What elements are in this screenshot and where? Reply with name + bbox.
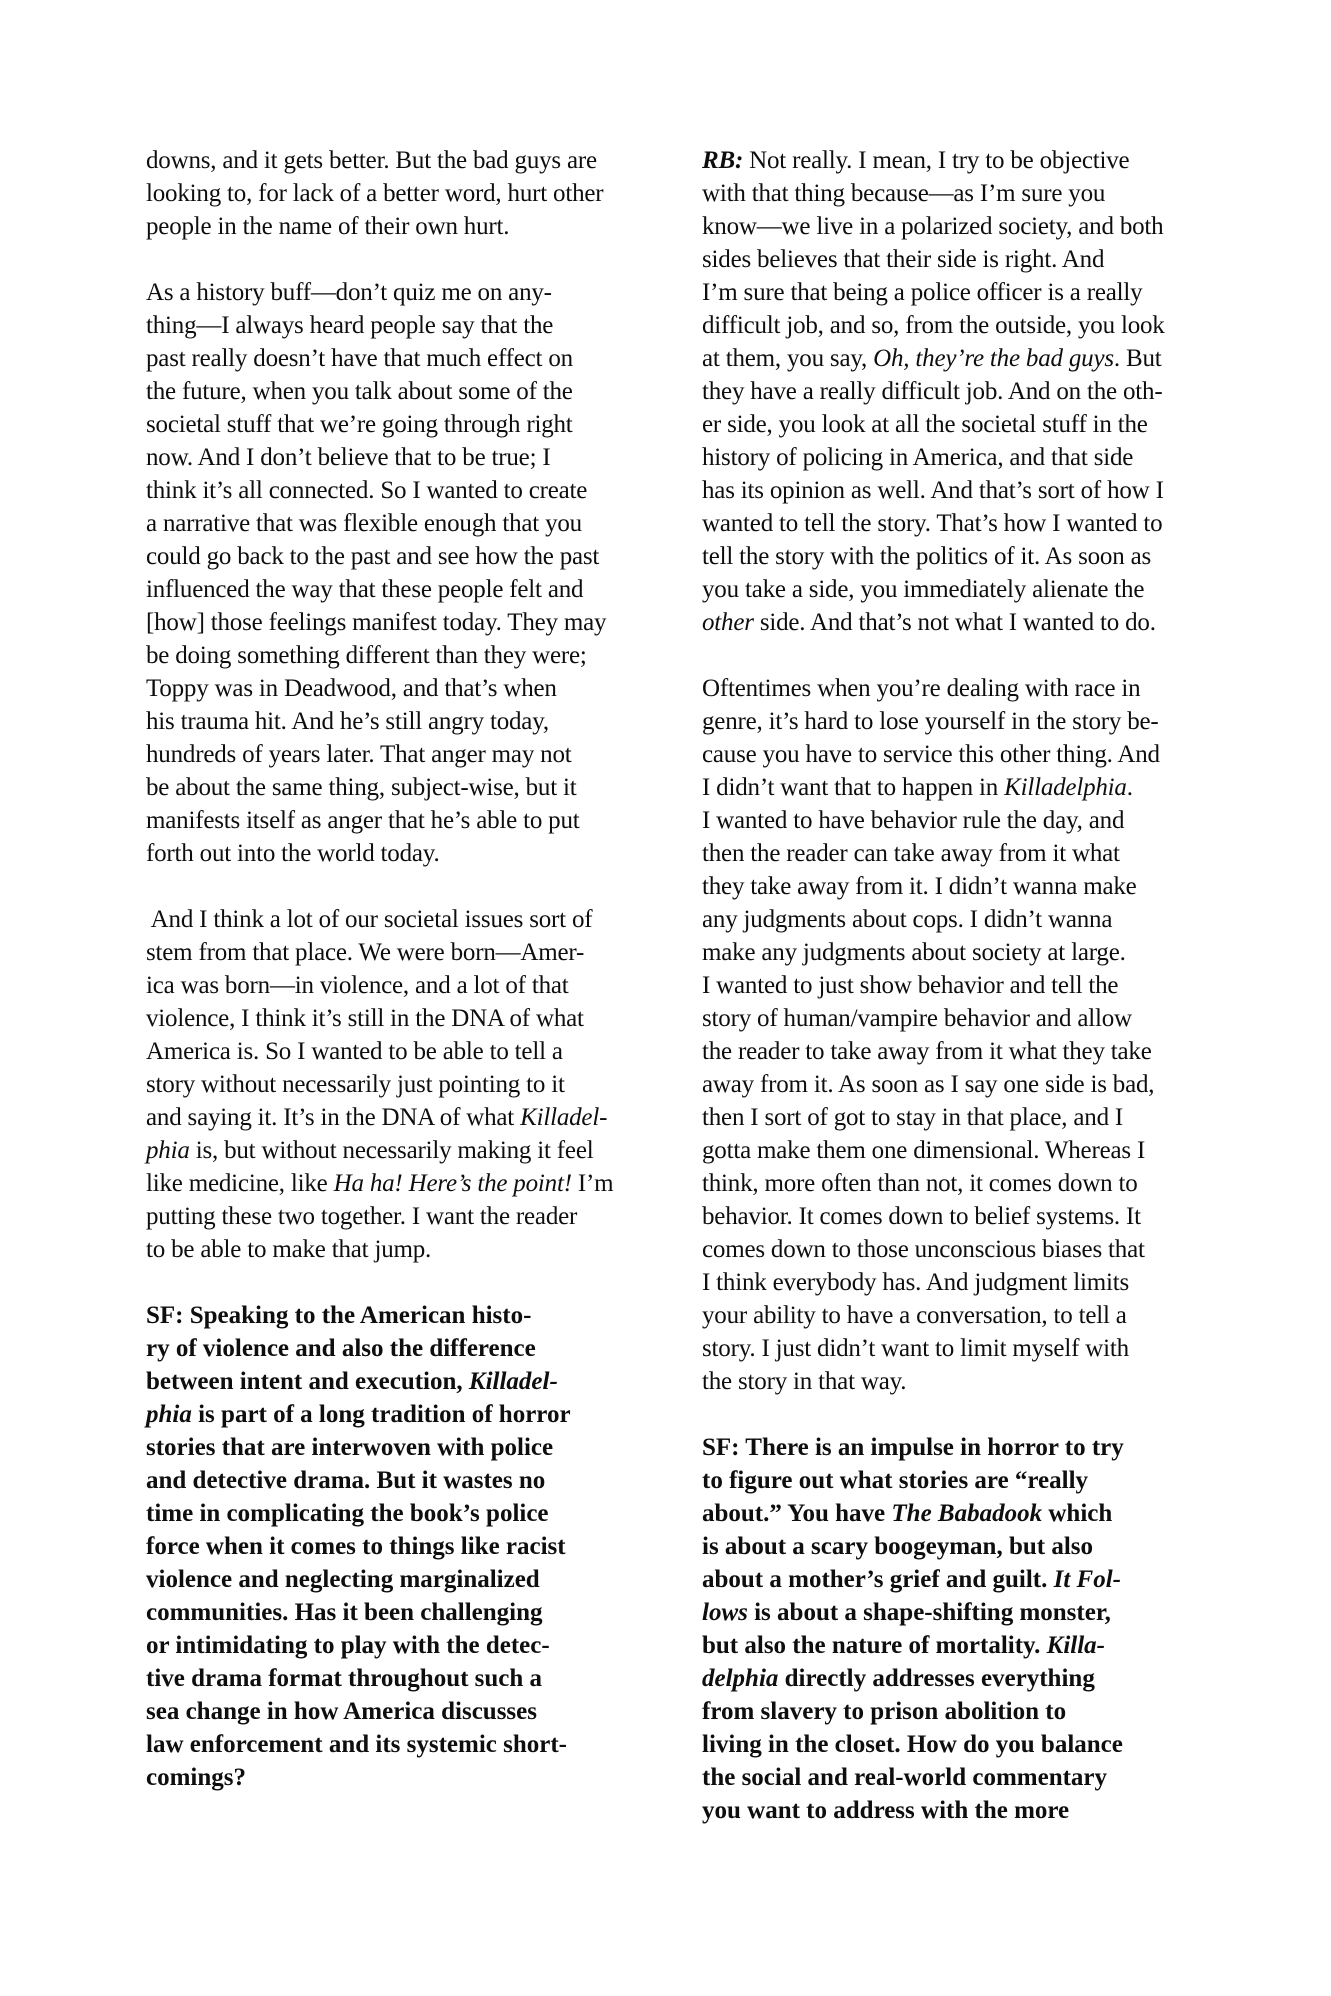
text-line: be about the same thing, subject-wise, b… <box>146 771 638 804</box>
text-line: time in complicating the book’s police <box>146 1497 638 1530</box>
text-run: Not really. I mean, I try to be objectiv… <box>743 147 1129 174</box>
text-run: to be able to make that jump. <box>146 1236 431 1263</box>
text-line: phia is part of a long tradition of horr… <box>146 1398 638 1431</box>
text-run: be about the same thing, subject-wise, b… <box>146 774 577 801</box>
text-run: and saying it. It’s in the DNA of what <box>146 1104 520 1131</box>
text-run: away from it. As soon as I say one side … <box>702 1071 1154 1098</box>
text-run: hundreds of years later. That anger may … <box>146 741 572 768</box>
text-line: has its opinion as well. And that’s sort… <box>702 474 1194 507</box>
text-line: er side, you look at all the societal st… <box>702 408 1194 441</box>
text-run: know—we live in a polarized society, and… <box>702 213 1163 240</box>
text-run: story of human/vampire behavior and allo… <box>702 1005 1132 1032</box>
text-run: I wanted to have behavior rule the day, … <box>702 807 1124 834</box>
text-run: delphia <box>702 1665 778 1692</box>
text-line: putting these two together. I want the r… <box>146 1200 638 1233</box>
text-run: I didn’t want that to happen in <box>702 774 1004 801</box>
text-run: past really doesn’t have that much effec… <box>146 345 573 372</box>
text-run: side. And that’s not what I wanted to do… <box>754 609 1156 636</box>
text-run: comings? <box>146 1764 246 1791</box>
text-run: people in the name of their own hurt. <box>146 213 509 240</box>
text-run: his trauma hit. And he’s still angry tod… <box>146 708 549 735</box>
text-run: could go back to the past and see how th… <box>146 543 599 570</box>
text-run: manifests itself as anger that he’s able… <box>146 807 580 834</box>
text-line: then I sort of got to stay in that place… <box>702 1101 1194 1134</box>
text-run: And I think a lot of our societal issues… <box>146 906 592 933</box>
text-line: past really doesn’t have that much effec… <box>146 342 638 375</box>
text-run: and detective drama. But it wastes no <box>146 1467 545 1494</box>
text-run: story. I just didn’t want to limit mysel… <box>702 1335 1129 1362</box>
text-run: history of policing in America, and that… <box>702 444 1133 471</box>
text-run: SF: Speaking to the American histo- <box>146 1302 531 1329</box>
text-run: SF: There is an impulse in horror to try <box>702 1434 1124 1461</box>
text-line: forth out into the world today. <box>146 837 638 870</box>
text-run: is about a scary boogeyman, but also <box>702 1533 1093 1560</box>
text-line: societal stuff that we’re going through … <box>146 408 638 441</box>
text-run: any judgments about cops. I didn’t wanna <box>702 906 1112 933</box>
text-run: Killa- <box>1047 1632 1105 1659</box>
text-run: As a history buff—don’t quiz me on any- <box>146 279 552 306</box>
text-line: hundreds of years later. That anger may … <box>146 738 638 771</box>
text-run: has its opinion as well. And that’s sort… <box>702 477 1164 504</box>
text-line: now. And I don’t believe that to be true… <box>146 441 638 474</box>
text-column-right: RB: Not really. I mean, I try to be obje… <box>702 144 1194 1827</box>
text-line: delphia directly addresses everything <box>702 1662 1194 1695</box>
text-line: the reader to take away from it what the… <box>702 1035 1194 1068</box>
text-run: they have a really difficult job. And on… <box>702 378 1162 405</box>
interviewer-question-paragraph: SF: Speaking to the American histo-ry of… <box>146 1299 638 1794</box>
text-line: America is. So I wanted to be able to te… <box>146 1035 638 1068</box>
text-line: SF: There is an impulse in horror to try <box>702 1431 1194 1464</box>
text-line: Oftentimes when you’re dealing with race… <box>702 672 1194 705</box>
text-line: or intimidating to play with the detec- <box>146 1629 638 1662</box>
text-run: which <box>1042 1500 1112 1527</box>
text-line: I think everybody has. And judgment limi… <box>702 1266 1194 1299</box>
text-line: I wanted to just show behavior and tell … <box>702 969 1194 1002</box>
text-line: his trauma hit. And he’s still angry tod… <box>146 705 638 738</box>
text-line: and saying it. It’s in the DNA of what K… <box>146 1101 638 1134</box>
text-run: societal stuff that we’re going through … <box>146 411 573 438</box>
text-line: you want to address with the more <box>702 1794 1194 1827</box>
text-run: to figure out what stories are “really <box>702 1467 1088 1494</box>
text-run: tell the story with the politics of it. … <box>702 543 1151 570</box>
text-run: then the reader can take away from it wh… <box>702 840 1120 867</box>
text-line: wanted to tell the story. That’s how I w… <box>702 507 1194 540</box>
text-run: looking to, for lack of a better word, h… <box>146 180 603 207</box>
text-run: the social and real-world commentary <box>702 1764 1107 1791</box>
text-line: think it’s all connected. So I wanted to… <box>146 474 638 507</box>
text-line: think, more often than not, it comes dow… <box>702 1167 1194 1200</box>
text-line: people in the name of their own hurt. <box>146 210 638 243</box>
text-run: the reader to take away from it what the… <box>702 1038 1152 1065</box>
text-line: a narrative that was flexible enough tha… <box>146 507 638 540</box>
text-run: [how] those feelings manifest today. The… <box>146 609 606 636</box>
text-line: sides believes that their side is right.… <box>702 243 1194 276</box>
text-run: think, more often than not, it comes dow… <box>702 1170 1138 1197</box>
text-run: It Fol- <box>1054 1566 1121 1593</box>
text-run: is, but without necessarily making it fe… <box>190 1137 594 1164</box>
text-line: to be able to make that jump. <box>146 1233 638 1266</box>
interviewee-answer-paragraph: downs, and it gets better. But the bad g… <box>146 144 638 243</box>
text-line: about.” You have The Babadook which <box>702 1497 1194 1530</box>
text-line: force when it comes to things like racis… <box>146 1530 638 1563</box>
interviewee-answer-paragraph: As a history buff—don’t quiz me on any-t… <box>146 276 638 870</box>
text-run: is part of a long tradition of horror <box>192 1401 571 1428</box>
text-run: Killadel- <box>520 1104 607 1131</box>
text-line: I wanted to have behavior rule the day, … <box>702 804 1194 837</box>
text-run: forth out into the world today. <box>146 840 440 867</box>
text-line: RB: Not really. I mean, I try to be obje… <box>702 144 1194 177</box>
text-run: is about a shape-shifting monster, <box>748 1599 1111 1626</box>
text-run: . But <box>1114 345 1162 372</box>
text-line: phia is, but without necessarily making … <box>146 1134 638 1167</box>
text-run: or intimidating to play with the detec- <box>146 1632 550 1659</box>
text-line: law enforcement and its systemic short- <box>146 1728 638 1761</box>
text-run: Oh, they’re the bad guys <box>873 345 1114 372</box>
text-line: violence and neglecting marginalized <box>146 1563 638 1596</box>
text-line: and detective drama. But it wastes no <box>146 1464 638 1497</box>
text-run: now. And I don’t believe that to be true… <box>146 444 551 471</box>
text-run: . <box>1127 774 1133 801</box>
text-line: story without necessarily just pointing … <box>146 1068 638 1101</box>
text-run: you want to address with the more <box>702 1797 1069 1824</box>
text-line: thing—I always heard people say that the <box>146 309 638 342</box>
text-line: behavior. It comes down to belief system… <box>702 1200 1194 1233</box>
text-run: communities. Has it been challenging <box>146 1599 543 1626</box>
text-run: like medicine, like <box>146 1170 334 1197</box>
text-line: I’m sure that being a police officer is … <box>702 276 1194 309</box>
interviewee-answer-paragraph: RB: Not really. I mean, I try to be obje… <box>702 144 1194 639</box>
text-run: with that thing because—as I’m sure you <box>702 180 1105 207</box>
text-run: lows <box>702 1599 748 1626</box>
text-line: away from it. As soon as I say one side … <box>702 1068 1194 1101</box>
text-run: a narrative that was flexible enough tha… <box>146 510 582 537</box>
text-run: Killadelphia <box>1004 774 1127 801</box>
text-run: America is. So I wanted to be able to te… <box>146 1038 563 1065</box>
text-run: living in the closet. How do you balance <box>702 1731 1123 1758</box>
text-line: then the reader can take away from it wh… <box>702 837 1194 870</box>
text-run: the story in that way. <box>702 1368 906 1395</box>
text-line: lows is about a shape-shifting monster, <box>702 1596 1194 1629</box>
text-run: influenced the way that these people fel… <box>146 576 583 603</box>
text-run: comes down to those unconscious biases t… <box>702 1236 1145 1263</box>
text-line: looking to, for lack of a better word, h… <box>146 177 638 210</box>
text-line: manifests itself as anger that he’s able… <box>146 804 638 837</box>
text-run: Killadel- <box>469 1368 558 1395</box>
magazine-page: downs, and it gets better. But the bad g… <box>146 144 1194 1827</box>
text-line: story. I just didn’t want to limit mysel… <box>702 1332 1194 1365</box>
text-run: wanted to tell the story. That’s how I w… <box>702 510 1162 537</box>
text-run: putting these two together. I want the r… <box>146 1203 577 1230</box>
text-line: SF: Speaking to the American histo- <box>146 1299 638 1332</box>
text-line: know—we live in a polarized society, and… <box>702 210 1194 243</box>
text-line: And I think a lot of our societal issues… <box>146 903 638 936</box>
text-line: Toppy was in Deadwood, and that’s when <box>146 672 638 705</box>
text-run: I think everybody has. And judgment limi… <box>702 1269 1129 1296</box>
interviewer-question-paragraph: SF: There is an impulse in horror to try… <box>702 1431 1194 1827</box>
text-run: law enforcement and its systemic short- <box>146 1731 567 1758</box>
text-run: your ability to have a conversation, to … <box>702 1302 1127 1329</box>
text-run: I wanted to just show behavior and tell … <box>702 972 1118 999</box>
text-run: from slavery to prison abolition to <box>702 1698 1066 1725</box>
text-line: at them, you say, Oh, they’re the bad gu… <box>702 342 1194 375</box>
text-line: to figure out what stories are “really <box>702 1464 1194 1497</box>
text-run: RB: <box>702 147 743 174</box>
text-line: violence, I think it’s still in the DNA … <box>146 1002 638 1035</box>
text-line: story of human/vampire behavior and allo… <box>702 1002 1194 1035</box>
text-run: time in complicating the book’s police <box>146 1500 549 1527</box>
text-run: violence, I think it’s still in the DNA … <box>146 1005 584 1032</box>
text-run: phia <box>146 1401 192 1428</box>
text-line: downs, and it gets better. But the bad g… <box>146 144 638 177</box>
text-line: any judgments about cops. I didn’t wanna <box>702 903 1194 936</box>
text-line: but also the nature of mortality. Killa- <box>702 1629 1194 1662</box>
text-run: force when it comes to things like racis… <box>146 1533 566 1560</box>
text-line: be doing something different than they w… <box>146 639 638 672</box>
text-run: at them, you say, <box>702 345 873 372</box>
interviewee-answer-paragraph: Oftentimes when you’re dealing with race… <box>702 672 1194 1398</box>
text-run: other <box>702 609 754 636</box>
text-line: influenced the way that these people fel… <box>146 573 638 606</box>
text-line: could go back to the past and see how th… <box>146 540 638 573</box>
text-line: the future, when you talk about some of … <box>146 375 638 408</box>
text-line: ry of violence and also the difference <box>146 1332 638 1365</box>
text-line: genre, it’s hard to lose yourself in the… <box>702 705 1194 738</box>
text-line: cause you have to service this other thi… <box>702 738 1194 771</box>
text-run: I’m <box>572 1170 614 1197</box>
text-run: I’m sure that being a police officer is … <box>702 279 1142 306</box>
text-run: they take away from it. I didn’t wanna m… <box>702 873 1137 900</box>
text-line: your ability to have a conversation, to … <box>702 1299 1194 1332</box>
text-line: you take a side, you immediately alienat… <box>702 573 1194 606</box>
text-line: the social and real-world commentary <box>702 1761 1194 1794</box>
text-line: make any judgments about society at larg… <box>702 936 1194 969</box>
text-run: cause you have to service this other thi… <box>702 741 1160 768</box>
text-run: sea change in how America discusses <box>146 1698 537 1725</box>
text-run: directly addresses everything <box>778 1665 1094 1692</box>
text-line: they take away from it. I didn’t wanna m… <box>702 870 1194 903</box>
text-line: the story in that way. <box>702 1365 1194 1398</box>
text-line: ica was born—in violence, and a lot of t… <box>146 969 638 1002</box>
text-run: stem from that place. We were born—Amer- <box>146 939 584 966</box>
text-line: from slavery to prison abolition to <box>702 1695 1194 1728</box>
text-run: downs, and it gets better. But the bad g… <box>146 147 597 174</box>
text-run: you take a side, you immediately alienat… <box>702 576 1144 603</box>
text-line: living in the closet. How do you balance <box>702 1728 1194 1761</box>
text-line: communities. Has it been challenging <box>146 1596 638 1629</box>
text-run: violence and neglecting marginalized <box>146 1566 540 1593</box>
text-run: ica was born—in violence, and a lot of t… <box>146 972 569 999</box>
text-run: sides believes that their side is right.… <box>702 246 1104 273</box>
text-run: think it’s all connected. So I wanted to… <box>146 477 587 504</box>
text-line: gotta make them one dimensional. Whereas… <box>702 1134 1194 1167</box>
text-line: about a mother’s grief and guilt. It Fol… <box>702 1563 1194 1596</box>
text-line: they have a really difficult job. And on… <box>702 375 1194 408</box>
text-run: stories that are interwoven with police <box>146 1434 553 1461</box>
text-run: be doing something different than they w… <box>146 642 587 669</box>
text-line: other side. And that’s not what I wanted… <box>702 606 1194 639</box>
text-run: difficult job, and so, from the outside,… <box>702 312 1165 339</box>
text-line: I didn’t want that to happen in Killadel… <box>702 771 1194 804</box>
text-line: stories that are interwoven with police <box>146 1431 638 1464</box>
text-line: comes down to those unconscious biases t… <box>702 1233 1194 1266</box>
text-run: make any judgments about society at larg… <box>702 939 1126 966</box>
text-line: [how] those feelings manifest today. The… <box>146 606 638 639</box>
text-run: genre, it’s hard to lose yourself in the… <box>702 708 1159 735</box>
text-run: the future, when you talk about some of … <box>146 378 573 405</box>
text-line: stem from that place. We were born—Amer- <box>146 936 638 969</box>
text-run: about.” You have <box>702 1500 891 1527</box>
text-run: story without necessarily just pointing … <box>146 1071 565 1098</box>
text-line: difficult job, and so, from the outside,… <box>702 309 1194 342</box>
text-line: As a history buff—don’t quiz me on any- <box>146 276 638 309</box>
text-run: ry of violence and also the difference <box>146 1335 536 1362</box>
text-line: sea change in how America discusses <box>146 1695 638 1728</box>
text-run: Toppy was in Deadwood, and that’s when <box>146 675 557 702</box>
text-line: history of policing in America, and that… <box>702 441 1194 474</box>
text-line: is about a scary boogeyman, but also <box>702 1530 1194 1563</box>
text-line: like medicine, like Ha ha! Here’s the po… <box>146 1167 638 1200</box>
text-run: but also the nature of mortality. <box>702 1632 1047 1659</box>
text-line: with that thing because—as I’m sure you <box>702 177 1194 210</box>
text-run: tive drama format throughout such a <box>146 1665 542 1692</box>
text-run: Ha ha! Here’s the point! <box>334 1170 572 1197</box>
text-run: behavior. It comes down to belief system… <box>702 1203 1141 1230</box>
text-run: about a mother’s grief and guilt. <box>702 1566 1054 1593</box>
text-run: between intent and execution, <box>146 1368 469 1395</box>
text-line: between intent and execution, Killadel- <box>146 1365 638 1398</box>
text-run: thing—I always heard people say that the <box>146 312 553 339</box>
text-run: The Babadook <box>891 1500 1042 1527</box>
text-run: then I sort of got to stay in that place… <box>702 1104 1123 1131</box>
text-run: er side, you look at all the societal st… <box>702 411 1148 438</box>
text-line: comings? <box>146 1761 638 1794</box>
text-line: tell the story with the politics of it. … <box>702 540 1194 573</box>
text-run: phia <box>146 1137 190 1164</box>
text-run: Oftentimes when you’re dealing with race… <box>702 675 1140 702</box>
text-line: tive drama format throughout such a <box>146 1662 638 1695</box>
text-column-left: downs, and it gets better. But the bad g… <box>146 144 638 1827</box>
interviewee-answer-paragraph: And I think a lot of our societal issues… <box>146 903 638 1266</box>
text-run: gotta make them one dimensional. Whereas… <box>702 1137 1145 1164</box>
